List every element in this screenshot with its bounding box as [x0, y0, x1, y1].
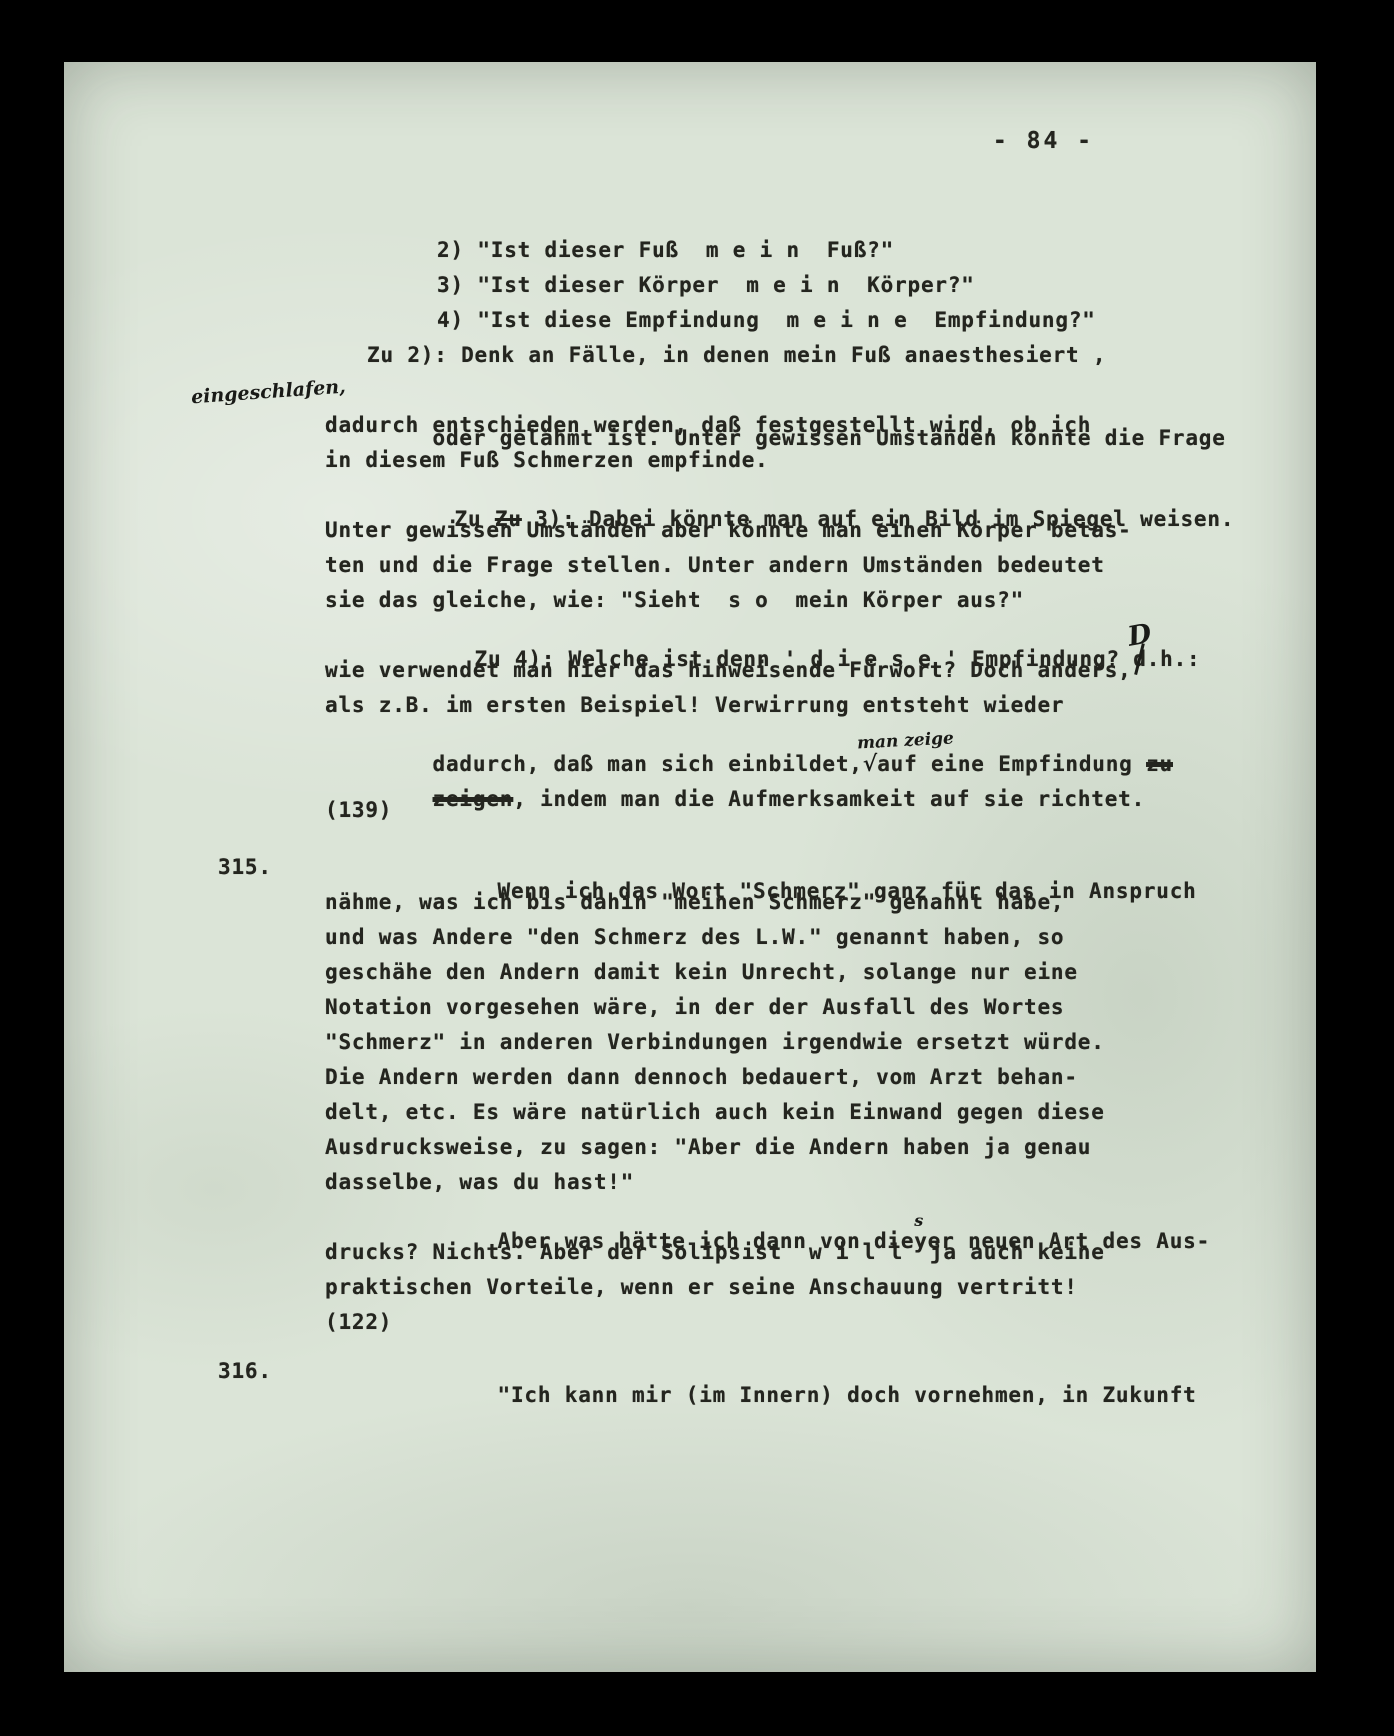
s315-line-12: drucks? Nichts. Aber der Solipsist w i l…	[325, 1240, 1205, 1275]
zu3-line-1: Zu Zu 3): Dabei könnte man auf ein Bild …	[325, 483, 1205, 518]
s315-line-1: 315.Wenn ich das Wort "Schmerz" ganz für…	[325, 855, 1205, 890]
s315-line-11: Aber was hätte ich dann von diesyer neue…	[325, 1205, 1205, 1240]
typed-body: 2) "Ist dieser Fuß m e i n Fuß?" 3) "Ist…	[325, 238, 1205, 1394]
s316-line-1-text: "Ich kann mir (im Innern) doch vornehmen…	[498, 1383, 1197, 1407]
zu3-line-4: sie das gleiche, wie: "Sieht s o mein Kö…	[325, 588, 1205, 623]
handwritten-capital-D: D	[1126, 618, 1154, 653]
s315-line-2: nähme, was ich bis dahin "meinen Schmerz…	[325, 890, 1205, 925]
zu4-line-5: zeigen, indem man die Aufmerksamkeit auf…	[325, 763, 1205, 798]
question-line-3: 3) "Ist dieser Körper m e i n Körper?"	[325, 273, 1205, 308]
s315-line-8: delt, etc. Es wäre natürlich auch kein E…	[325, 1100, 1205, 1135]
section-number-315: 315.	[218, 855, 272, 879]
zu4-line-3: als z.B. im ersten Beispiel! Verwirrung …	[325, 693, 1205, 728]
section-gap	[325, 833, 1205, 855]
s316-line-1: 316."Ich kann mir (im Innern) doch vorne…	[325, 1359, 1205, 1394]
s315-line-13: praktischen Vorteile, wenn er seine Ansc…	[325, 1275, 1205, 1310]
s315-line-6: "Schmerz" in anderen Verbindungen irgend…	[325, 1030, 1205, 1065]
handwritten-insertion-man-zeige: man zeige	[856, 728, 954, 753]
s315-line-10: dasselbe, was du hast!"	[325, 1170, 1205, 1205]
question-line-2: 2) "Ist dieser Fuß m e i n Fuß?"	[325, 238, 1205, 273]
reference-139: (139)	[325, 798, 1205, 833]
scanned-page-background: - 84 - 2) "Ist dieser Fuß m e i n Fuß?" …	[0, 0, 1394, 1736]
section-number-316: 316.	[218, 1359, 272, 1383]
section-gap	[325, 1345, 1205, 1359]
reference-122: (122)	[325, 1310, 1205, 1345]
zu3-line-2: Unter gewissen Umständen aber könnte man…	[325, 518, 1205, 553]
s315-line-7: Die Andern werden dann dennoch bedauert,…	[325, 1065, 1205, 1100]
question-line-4: 4) "Ist diese Empfindung m e i n e Empfi…	[325, 308, 1205, 343]
zu2-line-2: eingeschlafen, oder gelähmt ist. Unter g…	[325, 378, 1205, 413]
s315-line-5: Notation vorgesehen wäre, in der der Aus…	[325, 995, 1205, 1030]
zu4-line-1: Zu 4): Welche ist denn ' d i e s e ' Emp…	[325, 623, 1205, 658]
page-number: - 84 -	[993, 128, 1094, 154]
zu4-line-4: dadurch, daß man sich einbildet,man zeig…	[325, 728, 1205, 763]
zu3-line-3: ten und die Frage stellen. Unter andern …	[325, 553, 1205, 588]
zu2-line-4: in diesem Fuß Schmerzen empfinde.	[325, 448, 1205, 483]
zu4-line-2: wie verwendet man hier das hinweisende F…	[325, 658, 1205, 693]
margin-handwritten-annotation: eingeschlafen,	[190, 376, 346, 409]
s315-line-9: Ausdrucksweise, zu sagen: "Aber die Ande…	[325, 1135, 1205, 1170]
zu2-line-3: dadurch entschieden werden, daß festgest…	[325, 413, 1205, 448]
s315-line-4: geschähe den Andern damit kein Unrecht, …	[325, 960, 1205, 995]
zu2-line-1: Zu 2): Denk an Fälle, in denen mein Fuß …	[325, 343, 1205, 378]
paper-sheet: - 84 - 2) "Ist dieser Fuß m e i n Fuß?" …	[64, 62, 1316, 1672]
s315-line-3: und was Andere "den Schmerz des L.W." ge…	[325, 925, 1205, 960]
handwritten-s: s	[914, 1211, 923, 1230]
